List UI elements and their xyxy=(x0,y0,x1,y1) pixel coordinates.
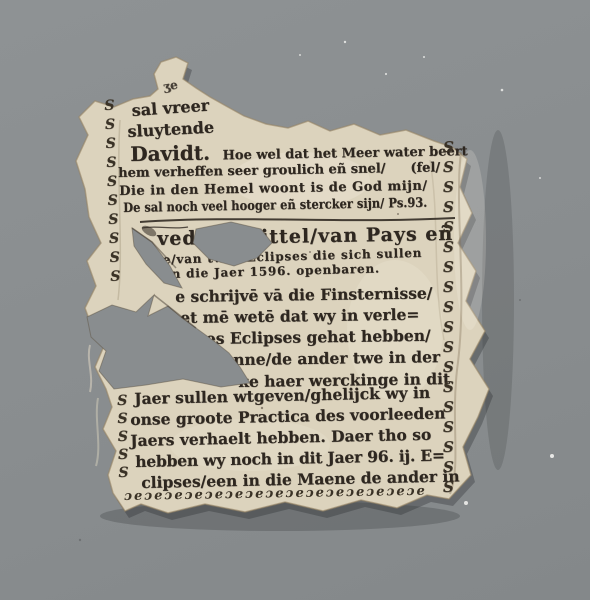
scrap-line: sal vreer xyxy=(131,96,210,120)
printed-text-block: ʒe sal vreer sluytende Davidt. Hoe wel d… xyxy=(0,0,590,600)
psalm-line: De sal noch veel hooger eñ stercker sijn… xyxy=(123,196,427,216)
psalm-attribution: Davidt. xyxy=(130,141,210,166)
photo-of-paper-fragment: ʒe sal vreer sluytende Davidt. Hoe wel d… xyxy=(0,0,590,600)
body-line: ses Eclipses gehat hebben/ xyxy=(197,326,431,348)
body-line: et mē wetē dat wy in verle= xyxy=(180,305,419,327)
ornament-column-right: S S S S S S S S S S S S S S S S S S xyxy=(443,137,454,497)
body-line: nne/de ander twe in der xyxy=(233,347,440,369)
torn-partial-text: ʒe xyxy=(162,77,179,93)
body-line: e schrijvē vā die Finsternisse/ xyxy=(175,283,433,306)
scrap-line: sluytende xyxy=(127,117,214,141)
ornament-column-left-bottom: S S S S S xyxy=(117,392,129,482)
